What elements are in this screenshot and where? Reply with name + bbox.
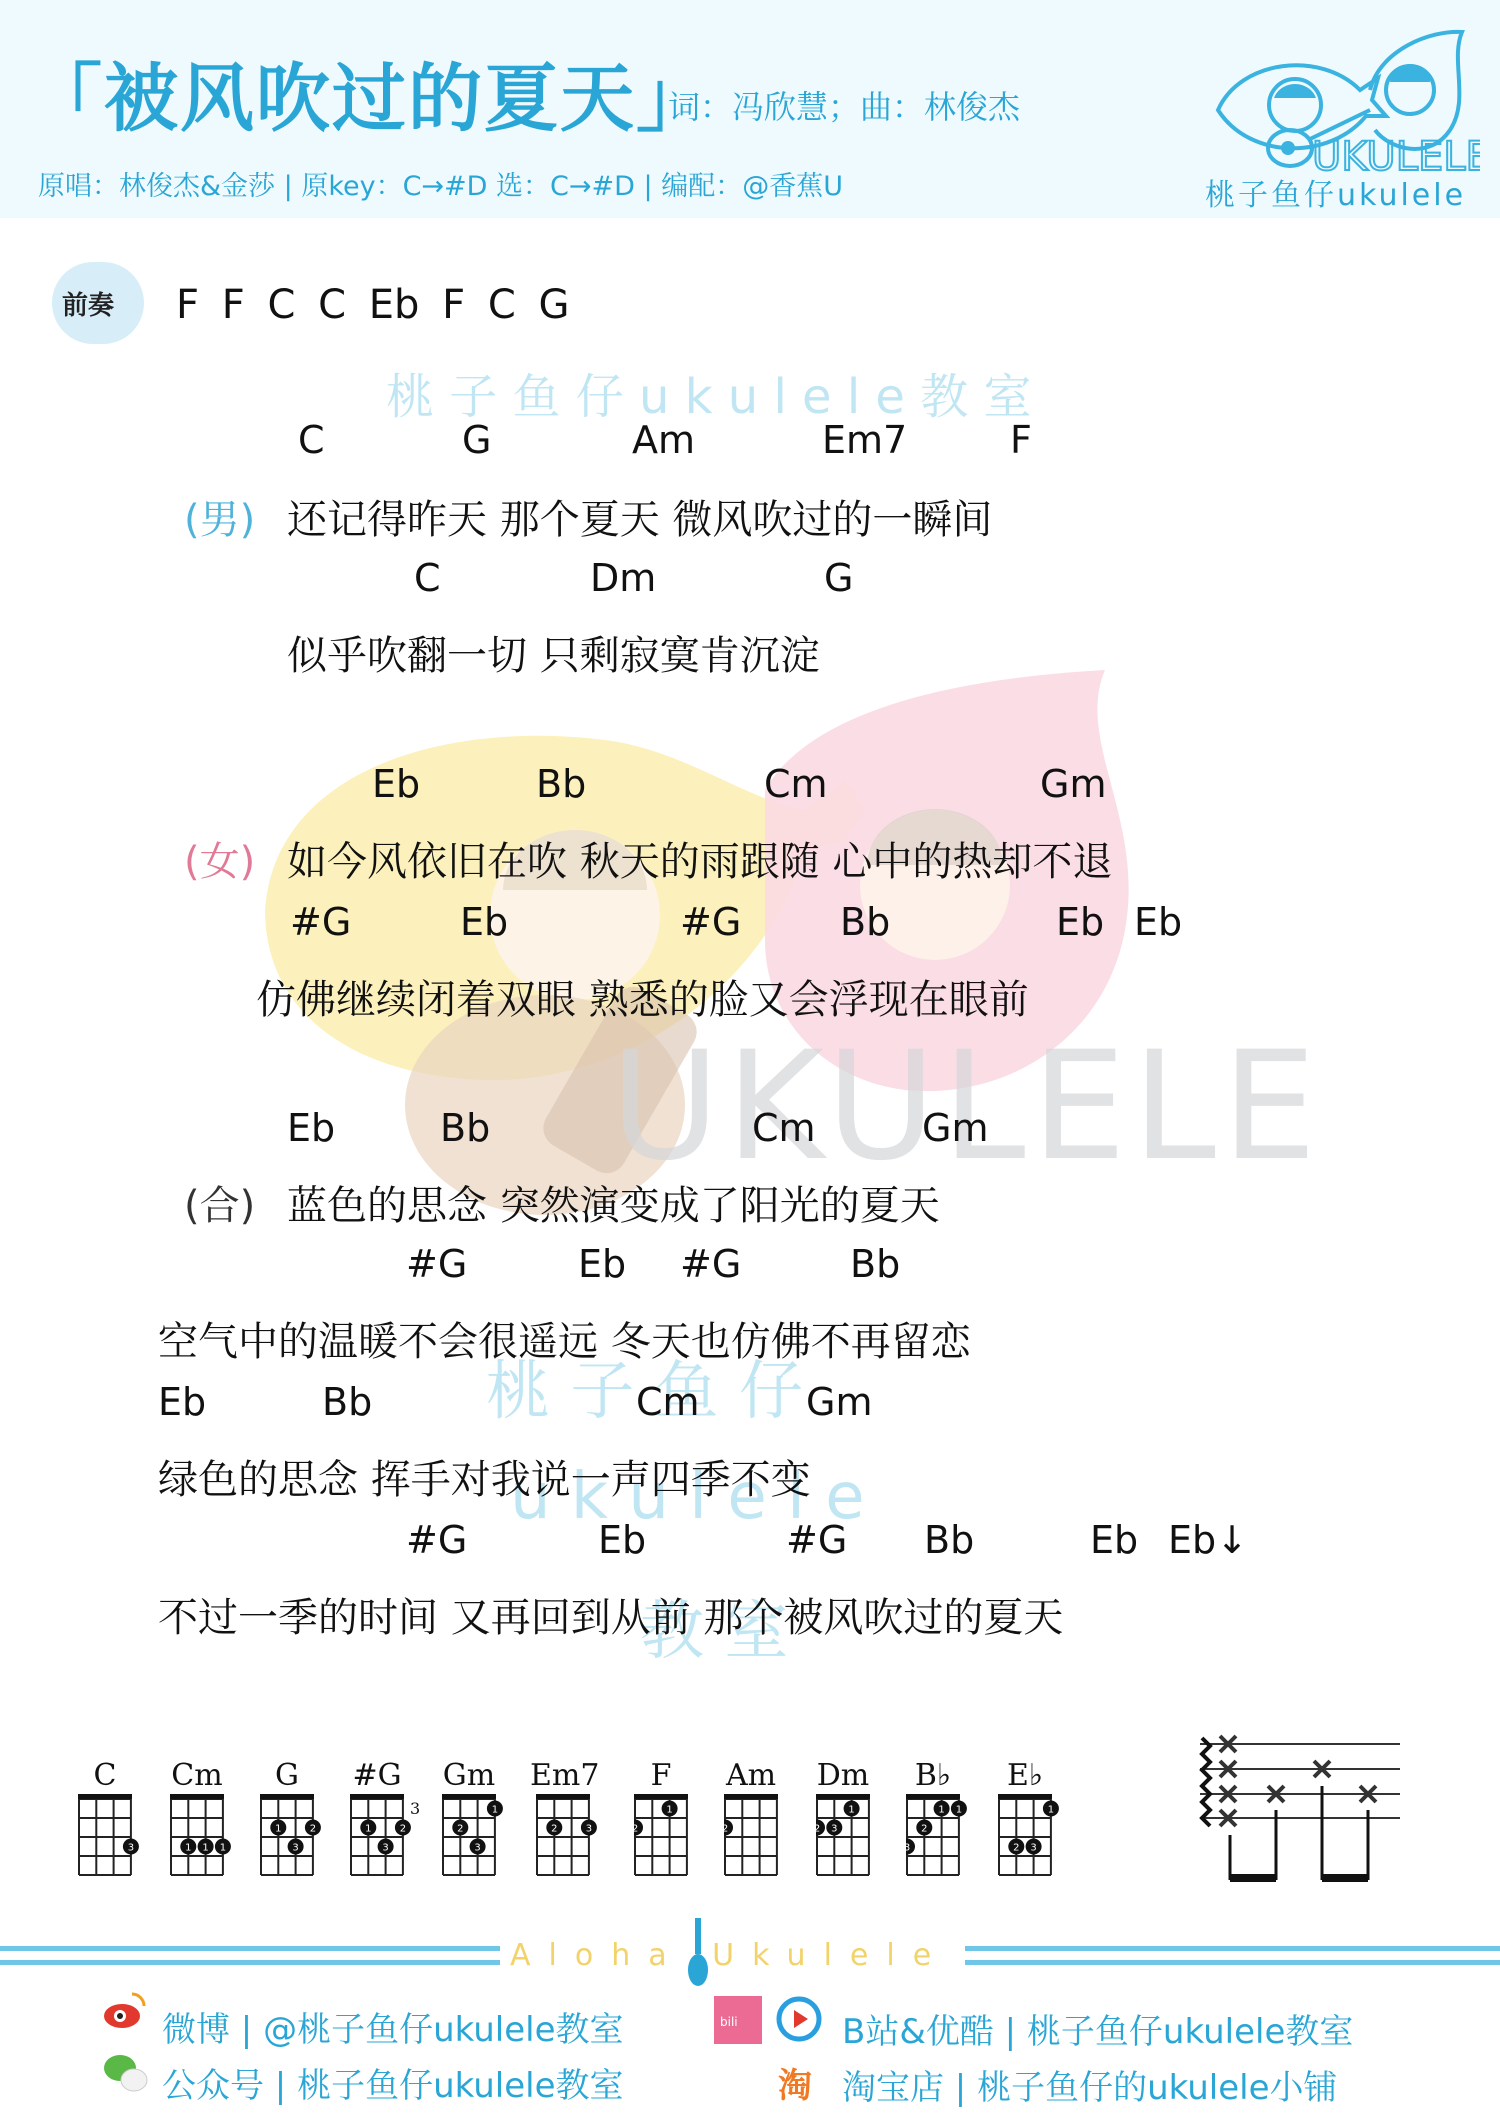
fretboard-icon: 123 bbox=[816, 1799, 882, 1877]
chord-label: Bb bbox=[840, 900, 890, 944]
lyric-line: 蓝色的思念 突然演变成了阳光的夏天 bbox=[287, 1174, 940, 1231]
svg-text:2: 2 bbox=[1013, 1843, 1019, 1854]
footer-wechat[interactable]: 公众号 | 桃子鱼仔ukulele教室 bbox=[162, 2058, 624, 2107]
chord-diagram-name: G bbox=[254, 1758, 320, 1794]
intro-label: 前奏 bbox=[62, 285, 114, 322]
wechat-icon bbox=[102, 2052, 148, 2094]
chord-label: Eb bbox=[372, 762, 420, 806]
svg-text:2: 2 bbox=[457, 1824, 463, 1835]
svg-text:3: 3 bbox=[292, 1843, 298, 1854]
svg-text:3: 3 bbox=[382, 1843, 388, 1854]
svg-text:1: 1 bbox=[848, 1805, 854, 1816]
male-section-tag: (男) bbox=[184, 488, 255, 545]
chord-label: Eb bbox=[1134, 900, 1182, 944]
chord-label: #G bbox=[680, 1242, 741, 1286]
chord-label: Gm bbox=[1040, 762, 1106, 806]
svg-text:3: 3 bbox=[474, 1843, 480, 1854]
chord-label: Bb bbox=[536, 762, 586, 806]
female-section-tag: (女) bbox=[184, 830, 255, 887]
fret-position-label: 3 bbox=[410, 1799, 420, 1818]
lyric-line: 仿佛继续闭着双眼 熟悉的脸又会浮现在眼前 bbox=[256, 968, 1029, 1025]
chord-label: Cm bbox=[764, 762, 828, 806]
chord-label: Cm bbox=[752, 1106, 816, 1150]
chord-label: Gm bbox=[806, 1380, 872, 1424]
footer-weibo[interactable]: 微博 | @桃子鱼仔ukulele教室 bbox=[162, 2002, 624, 2051]
svg-text:1: 1 bbox=[1048, 1805, 1054, 1816]
chord-diagram-name: B♭ bbox=[900, 1758, 966, 1794]
chord-label: Eb bbox=[578, 1242, 626, 1286]
chord-label: Eb↓ bbox=[1168, 1518, 1248, 1562]
svg-text:1: 1 bbox=[185, 1843, 191, 1854]
chord-diagram-name: Am bbox=[718, 1758, 784, 1794]
svg-text:1: 1 bbox=[666, 1805, 672, 1816]
chorus-section-tag: (合) bbox=[184, 1174, 255, 1231]
chord-diagram-name: Cm bbox=[164, 1758, 230, 1794]
chord-label: Eb bbox=[1090, 1518, 1138, 1562]
chord-label: C bbox=[414, 556, 441, 600]
chord-label: F bbox=[1010, 418, 1032, 462]
svg-text:1: 1 bbox=[956, 1805, 962, 1816]
chord-diagram: B♭1123 bbox=[900, 1758, 966, 1875]
svg-text:2: 2 bbox=[551, 1824, 557, 1835]
ukulele-divider-icon bbox=[686, 1918, 710, 1988]
song-credits: 词：冯欣慧；曲：林俊杰 bbox=[668, 82, 1020, 128]
chord-diagram: Gm123 bbox=[436, 1758, 502, 1875]
chord-label: G bbox=[824, 556, 853, 600]
svg-text:2: 2 bbox=[724, 1824, 728, 1835]
svg-text:3: 3 bbox=[586, 1824, 592, 1835]
lyric-line: 绿色的思念 挥手对我说一声四季不变 bbox=[158, 1448, 811, 1505]
svg-text:bili: bili bbox=[720, 2015, 738, 2029]
fretboard-icon: 12 bbox=[634, 1799, 700, 1877]
chord-diagram: Dm123 bbox=[810, 1758, 876, 1875]
lyric-line: 似乎吹翻一切 只剩寂寞肯沉淀 bbox=[287, 624, 820, 681]
chord-label: Cm bbox=[636, 1380, 700, 1424]
chord-label: Em7 bbox=[822, 418, 907, 462]
lyric-line: 如今风依旧在吹 秋天的雨跟随 心中的热却不退 bbox=[287, 830, 1112, 887]
chord-diagram: G123 bbox=[254, 1758, 320, 1875]
svg-text:3: 3 bbox=[906, 1843, 910, 1854]
chord-label: Dm bbox=[590, 556, 656, 600]
svg-text:1: 1 bbox=[220, 1843, 226, 1854]
chord-label: Gm bbox=[922, 1106, 988, 1150]
chord-label: Eb bbox=[158, 1380, 206, 1424]
chord-label: Eb bbox=[287, 1106, 335, 1150]
svg-text:3: 3 bbox=[831, 1824, 837, 1835]
fretboard-icon: 1123 bbox=[906, 1799, 972, 1877]
fretboard-icon: 2 bbox=[724, 1799, 790, 1877]
chord-label: #G bbox=[406, 1242, 467, 1286]
intro-chords: F F C C Eb F C G bbox=[176, 282, 569, 328]
chord-label: Bb bbox=[322, 1380, 372, 1424]
svg-text:2: 2 bbox=[634, 1824, 638, 1835]
chord-diagram-name: #G bbox=[344, 1758, 410, 1794]
chord-label: Eb bbox=[460, 900, 508, 944]
chord-label: Eb bbox=[598, 1518, 646, 1562]
chord-label: #G bbox=[786, 1518, 847, 1562]
chord-diagram: Em723 bbox=[530, 1758, 596, 1875]
chord-label: C bbox=[298, 418, 325, 462]
chord-label: Bb bbox=[924, 1518, 974, 1562]
chord-label: Bb bbox=[850, 1242, 900, 1286]
chord-diagram: F12 bbox=[628, 1758, 694, 1875]
bilibili-icon: bili bbox=[714, 1996, 762, 2044]
song-meta: 原唱：林俊杰&金莎 | 原key：C→#D 选：C→#D | 编配：@香蕉U bbox=[38, 164, 843, 203]
chord-diagram-name: E♭ bbox=[992, 1758, 1058, 1794]
svg-text:2: 2 bbox=[816, 1824, 820, 1835]
footer-bilibili-youku[interactable]: B站&优酷 | 桃子鱼仔ukulele教室 bbox=[842, 2004, 1353, 2053]
fretboard-icon: 3 bbox=[78, 1799, 144, 1877]
chord-diagram-name: C bbox=[72, 1758, 138, 1794]
svg-text:1: 1 bbox=[938, 1805, 944, 1816]
svg-text:2: 2 bbox=[400, 1824, 406, 1835]
chord-label: Eb bbox=[1056, 900, 1104, 944]
weibo-icon bbox=[102, 1990, 148, 2030]
lyric-line: 不过一季的时间 又再回到从前 那个被风吹过的夏天 bbox=[158, 1586, 1063, 1643]
fretboard-icon: 123 bbox=[442, 1799, 508, 1877]
chord-label: Bb bbox=[440, 1106, 490, 1150]
chord-diagram-name: Dm bbox=[810, 1758, 876, 1794]
watermark-top: 桃 子 鱼 仔 u k u l e l e 教 室 bbox=[386, 358, 1031, 427]
lyric-line: 空气中的温暖不会很遥远 冬天也仿佛不再留恋 bbox=[158, 1310, 971, 1367]
chord-label: #G bbox=[406, 1518, 467, 1562]
chord-diagram-name: F bbox=[628, 1758, 694, 1794]
logo-caption: 桃子鱼仔ukulele bbox=[1205, 170, 1466, 214]
svg-text:2: 2 bbox=[310, 1824, 316, 1835]
fretboard-icon: 111 bbox=[170, 1799, 236, 1877]
aloha-ukulele-text: Aloha Ukulele bbox=[510, 1938, 949, 1973]
svg-text:3: 3 bbox=[128, 1843, 134, 1854]
taobao-icon: 淘 bbox=[778, 2058, 812, 2107]
svg-text:1: 1 bbox=[275, 1824, 281, 1835]
fretboard-icon: 23 bbox=[536, 1799, 602, 1877]
chord-diagram-name: Em7 bbox=[530, 1758, 596, 1794]
footer-taobao[interactable]: 淘宝店 | 桃子鱼仔的ukulele小铺 bbox=[842, 2060, 1338, 2109]
chord-label: Am bbox=[632, 418, 695, 462]
strum-pattern-icon bbox=[1180, 1720, 1400, 1890]
svg-text:1: 1 bbox=[202, 1843, 208, 1854]
song-title: 「被风吹过的夏天」 bbox=[28, 40, 712, 146]
chord-diagram: C3 bbox=[72, 1758, 138, 1875]
chord-label: #G bbox=[680, 900, 741, 944]
youku-icon bbox=[776, 1996, 822, 2042]
fretboard-icon: 123 bbox=[350, 1799, 416, 1877]
fretboard-icon: 123 bbox=[260, 1799, 326, 1877]
chord-label: G bbox=[462, 418, 491, 462]
chord-diagram: Cm111 bbox=[164, 1758, 230, 1875]
chord-label: #G bbox=[290, 900, 351, 944]
svg-text:2: 2 bbox=[921, 1824, 927, 1835]
chord-diagram: E♭123 bbox=[992, 1758, 1058, 1875]
chord-diagram-name: Gm bbox=[436, 1758, 502, 1794]
chord-diagram: #G1233 bbox=[344, 1758, 410, 1875]
svg-text:1: 1 bbox=[492, 1805, 498, 1816]
lyric-line: 还记得昨天 那个夏天 微风吹过的一瞬间 bbox=[287, 488, 992, 545]
svg-text:1: 1 bbox=[365, 1824, 371, 1835]
svg-text:3: 3 bbox=[1030, 1843, 1036, 1854]
chord-diagram: Am2 bbox=[718, 1758, 784, 1875]
fretboard-icon: 123 bbox=[998, 1799, 1064, 1877]
